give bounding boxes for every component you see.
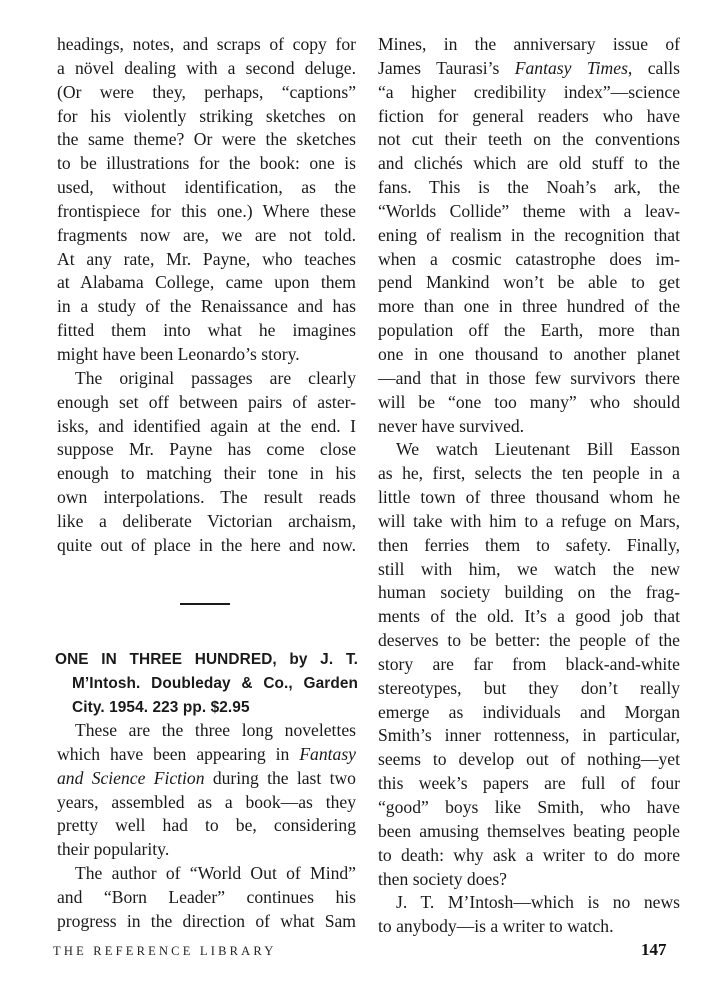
text-line: emerge as individuals and Morgan bbox=[378, 701, 680, 725]
right-column-body: Mines, in the anniversary issue of James… bbox=[378, 33, 680, 939]
text-line: as he, first, selects the ten people in … bbox=[378, 462, 680, 486]
text-line: their popularity. bbox=[57, 838, 356, 862]
text-line: frontispiece for this one.) Where these bbox=[57, 200, 356, 224]
text-line: never have survived. bbox=[378, 415, 680, 439]
text-line: and “Born Leader” continues his bbox=[57, 886, 356, 910]
text-line: “a higher credibility index”—science bbox=[378, 81, 680, 105]
text-line: Mines, in the anniversary issue of bbox=[378, 33, 680, 57]
heading-line-publisher: M’Intosh. Doubleday & Co., Garden bbox=[55, 672, 358, 696]
text-line: might have been Leonardo’s story. bbox=[57, 343, 356, 367]
text-line: and Science Fiction during the last two bbox=[57, 767, 356, 791]
paragraph-start-line: J. T. M’Intosh—which is no news bbox=[378, 891, 680, 915]
text-line: to be illustrations for the book: one is bbox=[57, 152, 356, 176]
left-column-review-body: These are the three long novelettes whic… bbox=[57, 719, 356, 934]
magazine-page: headings, notes, and scraps of copy for … bbox=[0, 0, 720, 989]
text-line: headings, notes, and scraps of copy for bbox=[57, 33, 356, 57]
text-line: suppose Mr. Payne has come close bbox=[57, 438, 356, 462]
text-line: “Worlds Collide” theme with a leav- bbox=[378, 200, 680, 224]
text-line: one in one thousand to another planet bbox=[378, 343, 680, 367]
text-line: ments of the old. It’s a good job that bbox=[378, 605, 680, 629]
text-line: the same theme? Or were the sketches bbox=[57, 128, 356, 152]
text-line: fiction for general readers who have bbox=[378, 105, 680, 129]
text-line: more than one in three hundred of the bbox=[378, 295, 680, 319]
text-line: quite out of place in the here and now. bbox=[57, 534, 356, 558]
page-number: 147 bbox=[641, 940, 667, 960]
book-review-heading: ONE IN THREE HUNDRED, by J. T. M’Intosh.… bbox=[55, 648, 358, 719]
text-line: in a study of the Renaissance and has bbox=[57, 295, 356, 319]
text-line: at Alabama College, came upon them bbox=[57, 271, 356, 295]
text-line: will take with him to a refuge on Mars, bbox=[378, 510, 680, 534]
heading-line-title: ONE IN THREE HUNDRED, by J. T. bbox=[55, 648, 358, 672]
heading-line-details: City. 1954. 223 pp. $2.95 bbox=[55, 696, 358, 720]
text-line: own interpolations. The result reads bbox=[57, 486, 356, 510]
text-line: James Taurasi’s Fantasy Times, calls bbox=[378, 57, 680, 81]
text-line: still with him, we watch the new bbox=[378, 558, 680, 582]
left-column-body: headings, notes, and scraps of copy for … bbox=[57, 33, 356, 558]
paragraph-start-line: We watch Lieutenant Bill Easson bbox=[378, 438, 680, 462]
text-line: this week’s papers are full of four bbox=[378, 772, 680, 796]
text-line: “good” boys like Smith, who have bbox=[378, 796, 680, 820]
text-line: fitted them into what he imagines bbox=[57, 319, 356, 343]
running-footer-title: THE REFERENCE LIBRARY bbox=[53, 944, 276, 959]
magazine-title-italic: Fantasy Times bbox=[515, 58, 628, 78]
text-line: fragments now are, we are not told. bbox=[57, 224, 356, 248]
text-line: isks, and identified again at the end. I bbox=[57, 415, 356, 439]
text-line: then society does? bbox=[378, 868, 680, 892]
text-line: seems to develop out of nothing—yet bbox=[378, 748, 680, 772]
magazine-title-italic: Fantasy bbox=[299, 744, 356, 764]
section-divider-rule bbox=[180, 603, 230, 605]
text-line: for his violently striking sketches on bbox=[57, 105, 356, 129]
text-line: enough to matching their tone in his bbox=[57, 462, 356, 486]
text-line: deserves to be better: the people of the bbox=[378, 629, 680, 653]
text-line: which have been appearing in Fantasy bbox=[57, 743, 356, 767]
text-line: enough set off between pairs of aster- bbox=[57, 391, 356, 415]
text-line: ening of realism in the recognition that bbox=[378, 224, 680, 248]
text-line: population off the Earth, more than bbox=[378, 319, 680, 343]
text-line: years, assembled as a book—as they bbox=[57, 791, 356, 815]
text-line: like a deliberate Victorian archaism, bbox=[57, 510, 356, 534]
text-line: then ferries them to safety. Finally, bbox=[378, 534, 680, 558]
text-line: At any rate, Mr. Payne, who teaches bbox=[57, 248, 356, 272]
text-line: to death: why ask a writer to do more bbox=[378, 844, 680, 868]
paragraph-start-line: These are the three long novelettes bbox=[57, 719, 356, 743]
paragraph-start-line: The author of “World Out of Mind” bbox=[57, 862, 356, 886]
text-line: not cut their teeth on the conventions bbox=[378, 128, 680, 152]
text-line: when a cosmic catastrophe does im- bbox=[378, 248, 680, 272]
text-line: to anybody—is a writer to watch. bbox=[378, 915, 680, 939]
text-line: progress in the direction of what Sam bbox=[57, 910, 356, 934]
text-line: pend Mankind won’t be able to get bbox=[378, 271, 680, 295]
text-line: used, without identification, as the bbox=[57, 176, 356, 200]
text-line: and clichés which are old stuff to the bbox=[378, 152, 680, 176]
text-line: human society building on the frag- bbox=[378, 581, 680, 605]
paragraph-start-line: The original passages are clearly bbox=[57, 367, 356, 391]
text-line: been amusing themselves beating people bbox=[378, 820, 680, 844]
text-line: pretty well had to be, considering bbox=[57, 814, 356, 838]
text-line: story are far from black-and-white bbox=[378, 653, 680, 677]
text-line: will be “one too many” who should bbox=[378, 391, 680, 415]
text-line: (Or were they, perhaps, “captions” bbox=[57, 81, 356, 105]
text-line: fans. This is the Noah’s ark, the bbox=[378, 176, 680, 200]
text-line: —and that in those few survivors there bbox=[378, 367, 680, 391]
text-line: little town of three thousand whom he bbox=[378, 486, 680, 510]
text-line: Smith’s inner rottenness, in particular, bbox=[378, 724, 680, 748]
magazine-title-italic: and Science Fiction bbox=[57, 768, 205, 788]
text-line: stereotypes, but they don’t really bbox=[378, 677, 680, 701]
text-line: a növel dealing with a second deluge. bbox=[57, 57, 356, 81]
